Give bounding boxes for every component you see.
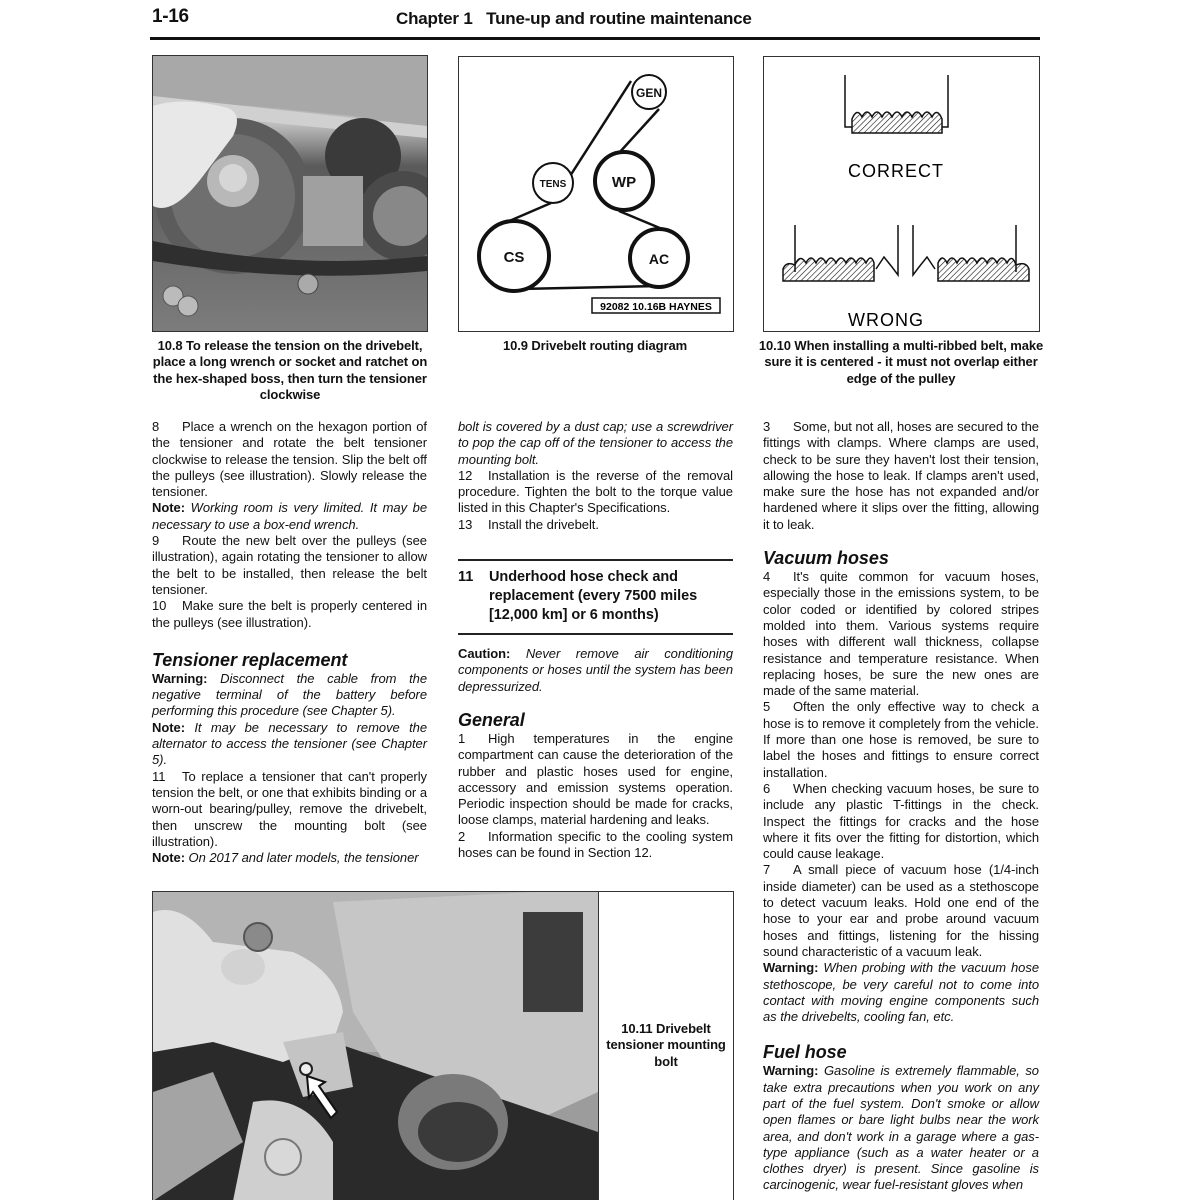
drivebelt-routing-diagram: GEN TENS WP CS AC 92082 10.16B HAYNES — [459, 57, 733, 331]
header-rule — [150, 37, 1040, 40]
belt-centering-diagram: CORRECT WRONG — [764, 57, 1039, 331]
subheading-general: General — [458, 709, 733, 731]
warning-gasoline: Warning: Gasoline is extremely flammable… — [763, 1063, 1039, 1193]
subheading-fuel-hose: Fuel hose — [763, 1041, 1039, 1063]
figure-10-8-caption: 10.8 To release the tension on the drive… — [148, 338, 432, 403]
section-number: 11 — [458, 568, 489, 625]
engine-photo-mounting-bolt-image — [153, 892, 598, 1200]
figure-10-8-photo — [152, 55, 428, 332]
note-working-room: Note: Working room is very limited. It m… — [152, 500, 427, 533]
label-cs: CS — [504, 249, 525, 266]
figure-10-11-divider — [598, 892, 599, 1200]
label-ac: AC — [649, 251, 669, 267]
figure-10-11-caption: 10.11 Drivebelt tensioner mounting bolt — [605, 1021, 727, 1070]
figure-10-10-caption: 10.10 When installing a multi-ribbed bel… — [758, 338, 1044, 387]
warning-stethoscope: Warning: When probing with the vacuum ho… — [763, 960, 1039, 1025]
wrong-label: WRONG — [848, 310, 924, 330]
label-wp: WP — [612, 174, 636, 191]
correct-label: CORRECT — [848, 161, 944, 181]
wrong-belt-illustration-right — [913, 225, 1029, 281]
label-gen: GEN — [636, 86, 662, 100]
column-2: bolt is covered by a dust cap; use a scr… — [458, 419, 733, 861]
figure-10-9-caption: 10.9 Drivebelt routing diagram — [455, 338, 735, 354]
figure-10-11-photo — [153, 892, 598, 1200]
page-number: 1-16 — [152, 6, 189, 28]
caution-air-conditioning: Caution: Never remove air conditioning c… — [458, 646, 733, 695]
paragraph-5: 5Often the only effective way to check a… — [763, 699, 1039, 780]
dust-cap-note-continued: bolt is covered by a dust cap; use a scr… — [458, 419, 733, 468]
paragraph-9: 9Route the new belt over the pulleys (se… — [152, 533, 427, 598]
warning-disconnect-battery: Warning: Disconnect the cable from the n… — [152, 671, 427, 720]
column-3: 3Some, but not all, hoses are secured to… — [763, 419, 1039, 1194]
figure-10-9-diagram: GEN TENS WP CS AC 92082 10.16B HAYNES — [458, 56, 734, 332]
paragraph-10: 10Make sure the belt is properly centere… — [152, 598, 427, 631]
arrow-pointer-icon — [303, 1072, 343, 1122]
paragraph-11: 11To replace a tensioner that can't prop… — [152, 769, 427, 850]
note-remove-alternator: Note: It may be necessary to remove the … — [152, 720, 427, 769]
section-11-heading: 11 Underhood hose check and replacement … — [458, 559, 733, 635]
column-1: 8Place a wrench on the hexagon portion o… — [152, 419, 427, 866]
correct-belt-illustration — [845, 75, 948, 133]
paragraph-1: 1High temperatures in the engine compart… — [458, 731, 733, 829]
figure-10-10-diagram: CORRECT WRONG — [763, 56, 1040, 332]
paragraph-2: 2Information specific to the cooling sys… — [458, 829, 733, 862]
paragraph-7: 7A small piece of vacuum hose (1/4-inch … — [763, 862, 1039, 960]
wrong-belt-illustration-left — [783, 225, 898, 281]
subheading-tensioner-replacement: Tensioner replacement — [152, 649, 427, 671]
label-tens: TENS — [540, 179, 567, 190]
paragraph-4: 4It's quite common for vacuum hoses, esp… — [763, 569, 1039, 699]
diagram-code-label: 92082 10.16B HAYNES — [600, 301, 712, 313]
paragraph-3: 3Some, but not all, hoses are secured to… — [763, 419, 1039, 533]
paragraph-6: 6When checking vacuum hoses, be sure to … — [763, 781, 1039, 862]
subheading-vacuum-hoses: Vacuum hoses — [763, 547, 1039, 569]
paragraph-8: 8Place a wrench on the hexagon portion o… — [152, 419, 427, 500]
figure-10-11-frame: 10.11 Drivebelt tensioner mounting bolt — [152, 891, 734, 1200]
section-title: Underhood hose check and replacement (ev… — [489, 568, 733, 625]
paragraph-13: 13Install the drivebelt. — [458, 517, 733, 533]
engine-photo-tensioner-image — [153, 56, 427, 331]
chapter-title: Chapter 1 Tune-up and routine maintenanc… — [396, 9, 752, 29]
paragraph-12: 12Installation is the reverse of the rem… — [458, 468, 733, 517]
note-2017-models: Note: On 2017 and later models, the tens… — [152, 850, 427, 866]
